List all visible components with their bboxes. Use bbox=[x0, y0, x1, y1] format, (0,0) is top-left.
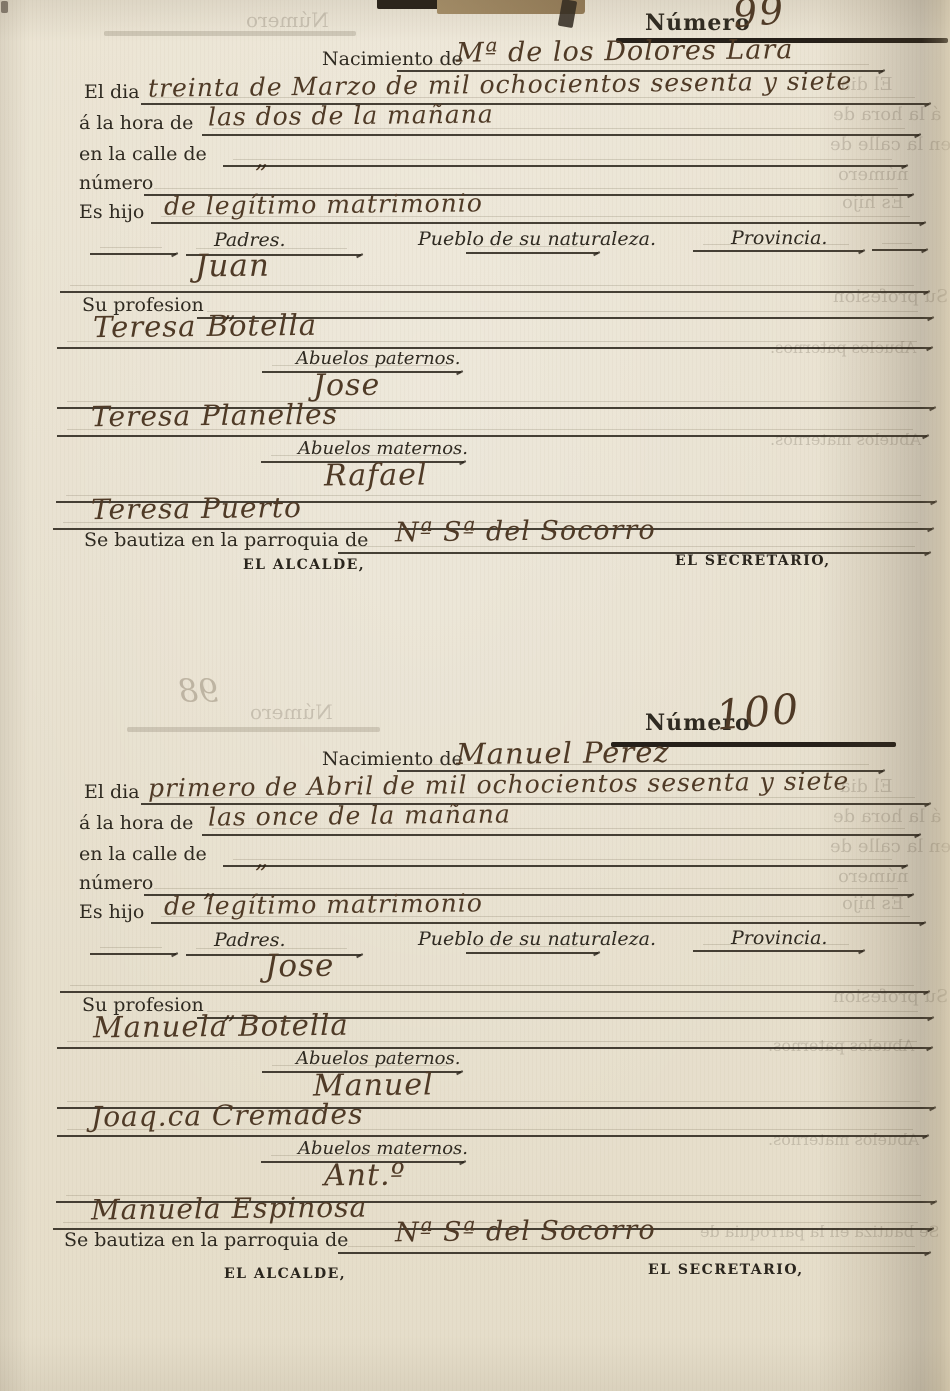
ruled-line bbox=[338, 552, 929, 554]
nacimiento-label: Nacimiento de bbox=[322, 48, 463, 70]
ruled-line bbox=[57, 1047, 931, 1049]
legitimacy-label: Es hijo bbox=[79, 901, 144, 923]
mayor-label: EL ALCALDE, bbox=[224, 1266, 346, 1282]
hour-label: á la hora de bbox=[79, 112, 193, 134]
ruled-line bbox=[60, 991, 928, 993]
ruled-line bbox=[466, 252, 598, 254]
corner-mark bbox=[1, 1, 8, 13]
hour-value: las dos de la mañana bbox=[208, 100, 494, 132]
ruled-line bbox=[338, 1252, 929, 1254]
secretary-label: EL SECRETARIO, bbox=[648, 1262, 804, 1278]
mother-name: Teresa Botella bbox=[93, 308, 317, 344]
street-label: en la calle de bbox=[79, 143, 207, 165]
nacimiento-label: Nacimiento de bbox=[322, 748, 463, 770]
legitimacy-label: Es hijo bbox=[79, 201, 144, 223]
register-entry-99: Número 99 Nacimiento de Mª de los Dolore… bbox=[0, 0, 950, 640]
mayor-label: EL ALCALDE, bbox=[243, 557, 365, 573]
ruled-line bbox=[693, 950, 863, 952]
maternal-grandmother-name: Teresa Puerto bbox=[91, 491, 302, 526]
maternal-grandfather-name: Ant.º bbox=[324, 1158, 406, 1194]
mother-name: Manuela Botella bbox=[93, 1008, 349, 1045]
register-entry-100: Número 100 Nacimiento de Manuel Perez El… bbox=[0, 700, 950, 1340]
ruled-line bbox=[57, 1135, 927, 1137]
numero-value: 100 bbox=[714, 684, 802, 739]
secretary-label: EL SECRETARIO, bbox=[675, 553, 831, 569]
ruled-line bbox=[466, 952, 598, 954]
column-province: Provincia. bbox=[731, 227, 827, 249]
register-page: NúmeroEl diaá la hora deen la calle denú… bbox=[0, 0, 950, 1391]
father-name: Juan bbox=[195, 248, 270, 285]
ruled-line bbox=[202, 134, 919, 136]
column-province: Provincia. bbox=[731, 927, 827, 949]
ruled-line bbox=[202, 834, 919, 836]
day-label: El dia bbox=[84, 781, 140, 803]
paternal-grandmother-name: Teresa Planelles bbox=[91, 398, 338, 434]
binding-mark bbox=[377, 0, 439, 9]
house-number-label: número bbox=[79, 172, 153, 194]
day-label: El dia bbox=[84, 81, 140, 103]
ruled-line bbox=[223, 165, 906, 167]
ruled-line bbox=[90, 953, 176, 955]
ruled-line bbox=[223, 865, 906, 867]
father-name: Jose bbox=[265, 948, 335, 985]
hour-value: las once de la mañana bbox=[208, 799, 511, 831]
house-number-label: número bbox=[79, 872, 153, 894]
ruled-line bbox=[60, 291, 928, 293]
street-label: en la calle de bbox=[79, 843, 207, 865]
baptism-parish: Nª Sª del Socorro bbox=[395, 515, 656, 549]
maternal-grandfather-name: Rafael bbox=[324, 457, 428, 493]
baptism-label: Se bautiza en la parroquia de bbox=[64, 1229, 348, 1251]
ruled-line bbox=[90, 253, 176, 255]
ruled-line bbox=[151, 222, 924, 224]
numero-value: 99 bbox=[731, 0, 787, 36]
ruled-line bbox=[57, 435, 927, 437]
baptism-label: Se bautiza en la parroquia de bbox=[84, 529, 368, 551]
ruled-line bbox=[693, 250, 863, 252]
ruled-line bbox=[57, 347, 931, 349]
baptism-parish: Nª Sª del Socorro bbox=[395, 1215, 656, 1249]
ruled-line bbox=[151, 922, 924, 924]
ruled-line bbox=[872, 249, 926, 251]
hour-label: á la hora de bbox=[79, 812, 193, 834]
child-name: Manuel Perez bbox=[456, 735, 670, 771]
